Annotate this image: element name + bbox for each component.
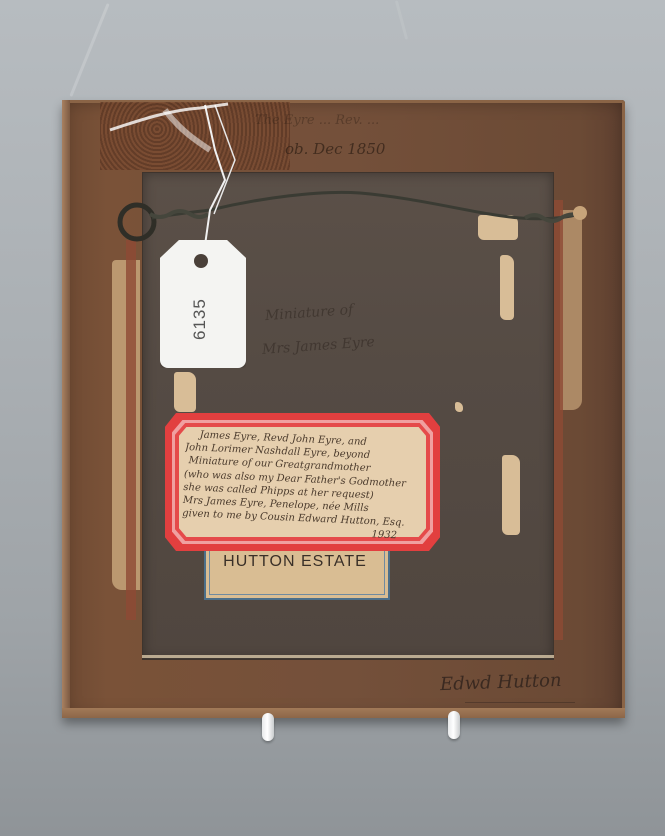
tag-hole [194, 254, 208, 268]
hanging-ring-icon [120, 205, 154, 239]
signature: Edwd Hutton [440, 670, 562, 695]
provenance-label-text: James Eyre, Revd John Eyre, and John Lor… [181, 428, 425, 544]
stand-peg-right [448, 711, 460, 739]
estate-label-text: HUTTON ESTATE [204, 553, 386, 571]
photo-scene: Miniature of Mrs James Eyre The Eyre ...… [0, 0, 665, 836]
stand-peg-left [262, 713, 274, 741]
tag-lot-number: 6135 [190, 300, 210, 340]
signature-underline [465, 702, 575, 703]
